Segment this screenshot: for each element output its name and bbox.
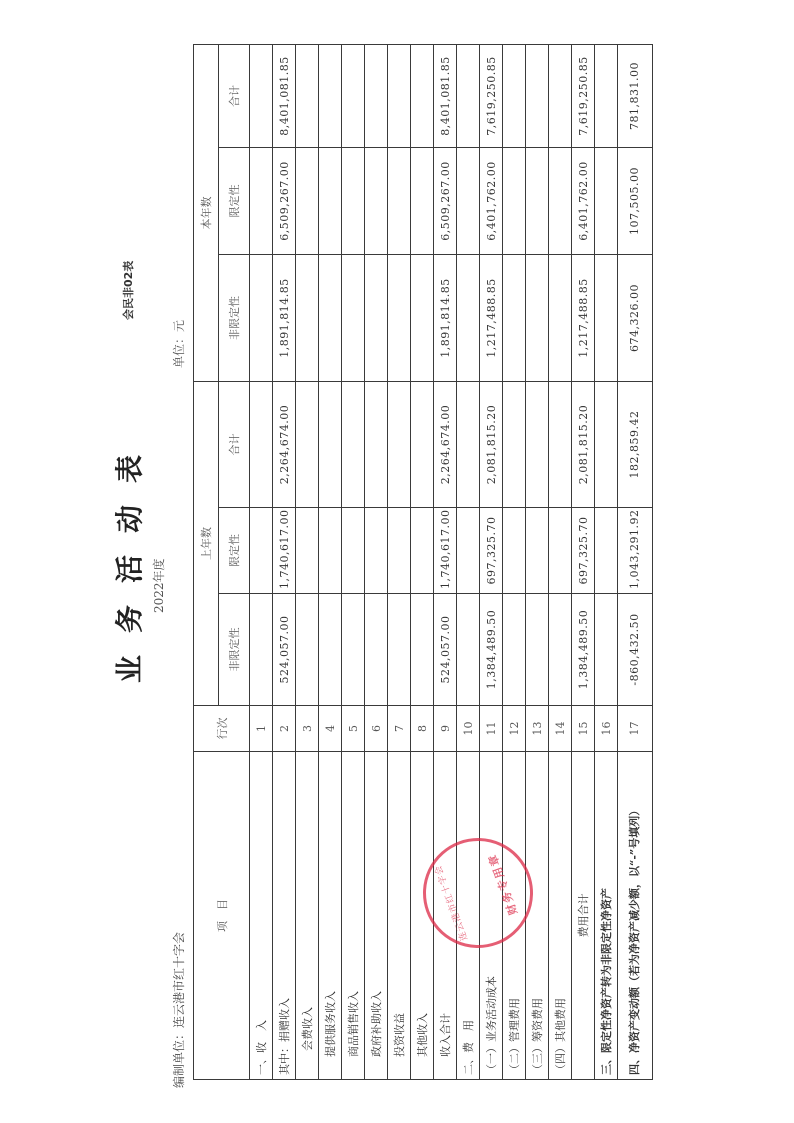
cell-cy-restricted xyxy=(595,148,618,255)
cell-cy-unrestricted: 1,891,814.85 xyxy=(434,255,457,382)
row-item-label: 投资收益 xyxy=(388,752,411,1080)
cell-py-total: 2,081,815.20 xyxy=(480,382,503,508)
cell-py-restricted xyxy=(503,508,526,594)
row-item-label: 费用合计 xyxy=(572,752,595,1080)
row-line-no: 14 xyxy=(549,706,572,752)
row-line-no: 9 xyxy=(434,706,457,752)
table-row: 费用合计151,384,489.50697,325.702,081,815.20… xyxy=(572,45,595,1080)
cell-py-total xyxy=(411,382,434,508)
cell-cy-unrestricted xyxy=(549,255,572,382)
table-row: 三、限定性净资产转为非限定性净资产16 xyxy=(595,45,618,1080)
cell-py-unrestricted: 1,384,489.50 xyxy=(480,594,503,706)
report-year: 2022年度 xyxy=(150,558,167,613)
cell-py-restricted: 1,740,617.00 xyxy=(434,508,457,594)
row-line-no: 2 xyxy=(273,706,296,752)
cell-cy-unrestricted: 674,326.00 xyxy=(618,255,653,382)
cell-py-total xyxy=(365,382,388,508)
cell-cy-total: 8,401,081.85 xyxy=(273,45,296,148)
table-row: （三）筹资费用13 xyxy=(526,45,549,1080)
cell-cy-unrestricted xyxy=(503,255,526,382)
row-item-label: （四）其他费用 xyxy=(549,752,572,1080)
header-py-restricted: 限定性 xyxy=(219,508,250,594)
cell-cy-total xyxy=(296,45,319,148)
row-line-no: 1 xyxy=(250,706,273,752)
cell-py-unrestricted xyxy=(503,594,526,706)
row-line-no: 6 xyxy=(365,706,388,752)
row-item-label: 一、收 入 xyxy=(250,752,273,1080)
rotated-sheet: 业务活动表 2022年度 会民非02表 编制单位：连云港市红十字会 单位：元 项… xyxy=(0,0,794,1123)
cell-py-restricted xyxy=(342,508,365,594)
cell-cy-restricted xyxy=(250,148,273,255)
cell-cy-unrestricted xyxy=(342,255,365,382)
cell-cy-unrestricted: 1,217,488.85 xyxy=(572,255,595,382)
cell-py-unrestricted xyxy=(250,594,273,706)
cell-cy-total xyxy=(250,45,273,148)
cell-py-total: 2,081,815.20 xyxy=(572,382,595,508)
cell-cy-total: 7,619,250.85 xyxy=(572,45,595,148)
cell-cy-total xyxy=(411,45,434,148)
row-line-no: 8 xyxy=(411,706,434,752)
cell-py-total: 182,859.42 xyxy=(618,382,653,508)
cell-cy-unrestricted xyxy=(388,255,411,382)
cell-py-unrestricted xyxy=(319,594,342,706)
cell-py-restricted xyxy=(549,508,572,594)
header-cy-restricted: 限定性 xyxy=(219,148,250,255)
form-code: 会民非02表 xyxy=(120,261,136,320)
row-item-label: 三、限定性净资产转为非限定性净资产 xyxy=(595,752,618,1080)
cell-cy-restricted xyxy=(296,148,319,255)
row-line-no: 17 xyxy=(618,706,653,752)
cell-py-total xyxy=(342,382,365,508)
cell-py-unrestricted xyxy=(411,594,434,706)
cell-cy-total xyxy=(388,45,411,148)
cell-cy-restricted: 107,505.00 xyxy=(618,148,653,255)
row-line-no: 5 xyxy=(342,706,365,752)
cell-py-total: 2,264,674.00 xyxy=(434,382,457,508)
unit-label: 单位：元 xyxy=(170,320,187,368)
cell-py-restricted xyxy=(365,508,388,594)
cell-cy-restricted: 6,509,267.00 xyxy=(273,148,296,255)
cell-cy-total xyxy=(365,45,388,148)
row-line-no: 10 xyxy=(457,706,480,752)
cell-py-unrestricted xyxy=(388,594,411,706)
row-line-no: 11 xyxy=(480,706,503,752)
cell-py-restricted: 1,043,291.92 xyxy=(618,508,653,594)
row-item-label: 提供服务收入 xyxy=(319,752,342,1080)
cell-cy-restricted: 6,401,762.00 xyxy=(480,148,503,255)
header-prior-year: 上年数 xyxy=(194,382,219,706)
row-item-label: 商品销售收入 xyxy=(342,752,365,1080)
cell-cy-restricted xyxy=(319,148,342,255)
cell-cy-restricted xyxy=(411,148,434,255)
cell-cy-total: 8,401,081.85 xyxy=(434,45,457,148)
cell-cy-total xyxy=(503,45,526,148)
cell-py-restricted xyxy=(319,508,342,594)
organization-label: 编制单位：连云港市红十字会 xyxy=(170,932,187,1088)
cell-py-unrestricted xyxy=(457,594,480,706)
cell-py-total xyxy=(595,382,618,508)
cell-cy-unrestricted xyxy=(319,255,342,382)
cell-cy-unrestricted xyxy=(365,255,388,382)
page-title: 业务活动表 xyxy=(108,433,148,683)
row-line-no: 15 xyxy=(572,706,595,752)
cell-cy-total xyxy=(342,45,365,148)
cell-cy-unrestricted xyxy=(457,255,480,382)
table-row: 一、收 入1 xyxy=(250,45,273,1080)
table-row: （四）其他费用14 xyxy=(549,45,572,1080)
cell-cy-restricted xyxy=(342,148,365,255)
cell-py-total xyxy=(526,382,549,508)
cell-py-total: 2,264,674.00 xyxy=(273,382,296,508)
cell-cy-restricted xyxy=(457,148,480,255)
cell-py-restricted xyxy=(411,508,434,594)
cell-cy-restricted xyxy=(549,148,572,255)
cell-cy-total xyxy=(457,45,480,148)
cell-py-total xyxy=(296,382,319,508)
header-current-year: 本年数 xyxy=(194,45,219,382)
cell-cy-unrestricted xyxy=(526,255,549,382)
cell-cy-unrestricted xyxy=(250,255,273,382)
cell-py-total xyxy=(388,382,411,508)
cell-cy-total: 781,831.00 xyxy=(618,45,653,148)
cell-cy-restricted: 6,401,762.00 xyxy=(572,148,595,255)
activity-statement-table: 项 目 行次 上年数 本年数 非限定性 限定性 合计 非限定性 限定性 合计 一… xyxy=(193,44,653,1080)
header-cy-total: 合计 xyxy=(219,45,250,148)
cell-py-restricted: 697,325.70 xyxy=(480,508,503,594)
row-line-no: 7 xyxy=(388,706,411,752)
cell-py-unrestricted xyxy=(342,594,365,706)
cell-py-unrestricted xyxy=(526,594,549,706)
cell-cy-unrestricted: 1,891,814.85 xyxy=(273,255,296,382)
cell-cy-restricted xyxy=(388,148,411,255)
table-row: 投资收益7 xyxy=(388,45,411,1080)
row-item-label: 会费收入 xyxy=(296,752,319,1080)
cell-py-total xyxy=(503,382,526,508)
row-item-label: 政府补助收入 xyxy=(365,752,388,1080)
cell-py-total xyxy=(549,382,572,508)
cell-py-unrestricted: 524,057.00 xyxy=(273,594,296,706)
row-line-no: 13 xyxy=(526,706,549,752)
cell-py-total xyxy=(250,382,273,508)
header-line-no: 行次 xyxy=(194,706,250,752)
header-cy-unrestricted: 非限定性 xyxy=(219,255,250,382)
cell-cy-total: 7,619,250.85 xyxy=(480,45,503,148)
cell-cy-restricted xyxy=(503,148,526,255)
row-line-no: 16 xyxy=(595,706,618,752)
cell-py-restricted xyxy=(388,508,411,594)
table-row: 其他收入8 xyxy=(411,45,434,1080)
cell-cy-restricted: 6,509,267.00 xyxy=(434,148,457,255)
row-line-no: 3 xyxy=(296,706,319,752)
cell-py-restricted xyxy=(526,508,549,594)
cell-cy-unrestricted xyxy=(411,255,434,382)
cell-py-unrestricted: 1,384,489.50 xyxy=(572,594,595,706)
cell-py-unrestricted: 524,057.00 xyxy=(434,594,457,706)
table-row: 提供服务收入4 xyxy=(319,45,342,1080)
cell-py-unrestricted xyxy=(595,594,618,706)
cell-cy-restricted xyxy=(365,148,388,255)
cell-py-total xyxy=(457,382,480,508)
cell-py-restricted xyxy=(595,508,618,594)
cell-cy-unrestricted xyxy=(595,255,618,382)
row-item-label: 其中：捐赠收入 xyxy=(273,752,296,1080)
table-row: 其中：捐赠收入2524,057.001,740,617.002,264,674.… xyxy=(273,45,296,1080)
cell-py-restricted xyxy=(457,508,480,594)
cell-cy-total xyxy=(595,45,618,148)
cell-cy-total xyxy=(526,45,549,148)
cell-py-unrestricted xyxy=(549,594,572,706)
cell-py-restricted xyxy=(296,508,319,594)
cell-cy-restricted xyxy=(526,148,549,255)
header-py-total: 合计 xyxy=(219,382,250,508)
table-row: 商品销售收入5 xyxy=(342,45,365,1080)
table-row: 会费收入3 xyxy=(296,45,319,1080)
cell-py-unrestricted xyxy=(365,594,388,706)
header-item: 项 目 xyxy=(194,752,250,1080)
row-item-label: （三）筹资费用 xyxy=(526,752,549,1080)
cell-py-restricted: 1,740,617.00 xyxy=(273,508,296,594)
row-line-no: 4 xyxy=(319,706,342,752)
table-row: 四、净资产变动额（若为净资产减少额，以“-”号填列）17-860,432.501… xyxy=(618,45,653,1080)
cell-py-restricted: 697,325.70 xyxy=(572,508,595,594)
cell-py-unrestricted: -860,432.50 xyxy=(618,594,653,706)
row-item-label: 四、净资产变动额（若为净资产减少额，以“-”号填列） xyxy=(618,752,653,1080)
cell-cy-total xyxy=(319,45,342,148)
cell-cy-unrestricted xyxy=(296,255,319,382)
cell-py-total xyxy=(319,382,342,508)
cell-cy-unrestricted: 1,217,488.85 xyxy=(480,255,503,382)
table-row: 政府补助收入6 xyxy=(365,45,388,1080)
cell-py-unrestricted xyxy=(296,594,319,706)
row-line-no: 12 xyxy=(503,706,526,752)
cell-py-restricted xyxy=(250,508,273,594)
header-py-unrestricted: 非限定性 xyxy=(219,594,250,706)
cell-cy-total xyxy=(549,45,572,148)
